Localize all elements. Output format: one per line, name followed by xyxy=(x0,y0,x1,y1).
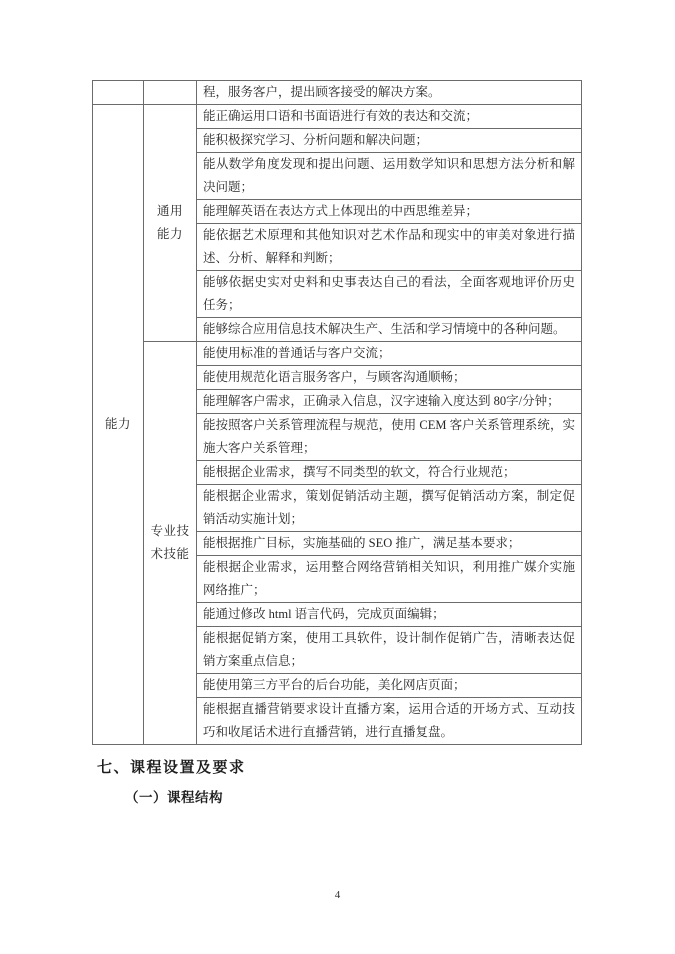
table-cell: 能理解客户需求，正确录入信息，汉字速输入度达到 80字/分钟； xyxy=(197,390,582,414)
table-cell: 能够依据史实对史料和史事表达自己的看法，全面客观地评价历史任务； xyxy=(197,271,582,318)
table-cell: 能从数学角度发现和提出问题、运用数学知识和思想方法分析和解决问题； xyxy=(197,153,582,200)
table-cell: 能积极探究学习、分析问题和解决问题； xyxy=(197,129,582,153)
table-cell: 能根据企业需求，策划促销活动主题，撰写促销活动方案，制定促销活动实施计划； xyxy=(197,485,582,532)
table-cell: 能使用规范化语言服务客户，与顾客沟通顺畅； xyxy=(197,366,582,390)
table-cell: 能根据促销方案，使用工具软件，设计制作促销广告，清晰表达促销方案重点信息； xyxy=(197,627,582,674)
table-row: 能力 通用 能力 能正确运用口语和书面语进行有效的表达和交流； xyxy=(93,105,582,129)
table-cell: 能通过修改 html 语言代码，完成页面编辑； xyxy=(197,603,582,627)
table-cell: 能正确运用口语和书面语进行有效的表达和交流； xyxy=(197,105,582,129)
table-cell: 程，服务客户，提出顾客接受的解决方案。 xyxy=(197,81,582,105)
document-page: 程，服务客户，提出顾客接受的解决方案。 能力 通用 能力 能正确运用口语和书面语… xyxy=(0,0,675,954)
empty-label-cell xyxy=(93,81,144,105)
rowgroup-label-ability: 能力 xyxy=(93,105,144,745)
subsection-heading: （一）课程结构 xyxy=(125,786,223,806)
table-row: 专业技 术技能 能使用标准的普通话与客户交流； xyxy=(93,342,582,366)
competency-table: 程，服务客户，提出顾客接受的解决方案。 能力 通用 能力 能正确运用口语和书面语… xyxy=(92,80,582,745)
table-cell: 能根据推广目标，实施基础的 SEO 推广，满足基本要求； xyxy=(197,532,582,556)
table-cell: 能根据企业需求，运用整合网络营销相关知识，利用推广媒介实施网络推广； xyxy=(197,556,582,603)
table-cell: 能依据艺术原理和其他知识对艺术作品和现实中的审美对象进行描述、分析、解释和判断； xyxy=(197,224,582,271)
table-row: 程，服务客户，提出顾客接受的解决方案。 xyxy=(93,81,582,105)
table-cell: 能够综合应用信息技术解决生产、生活和学习情境中的各种问题。 xyxy=(197,318,582,342)
empty-label-cell xyxy=(144,81,197,105)
page-number: 4 xyxy=(0,889,675,901)
table-cell: 能使用标准的普通话与客户交流； xyxy=(197,342,582,366)
section-heading: 七、课程设置及要求 xyxy=(97,756,246,777)
table-cell: 能理解英语在表达方式上体现出的中西思维差异； xyxy=(197,200,582,224)
subgroup-label-general-ability: 通用 能力 xyxy=(144,105,197,342)
subgroup-label-professional-skill: 专业技 术技能 xyxy=(144,342,197,745)
table-cell: 能按照客户关系管理流程与规范，使用 CEM 客户关系管理系统，实施大客户关系管理… xyxy=(197,414,582,461)
table-cell: 能根据企业需求，撰写不同类型的软文，符合行业规范； xyxy=(197,461,582,485)
table-cell: 能使用第三方平台的后台功能，美化网店页面； xyxy=(197,674,582,698)
table-cell: 能根据直播营销要求设计直播方案，运用合适的开场方式、互动技巧和收尾话术进行直播营… xyxy=(197,698,582,745)
